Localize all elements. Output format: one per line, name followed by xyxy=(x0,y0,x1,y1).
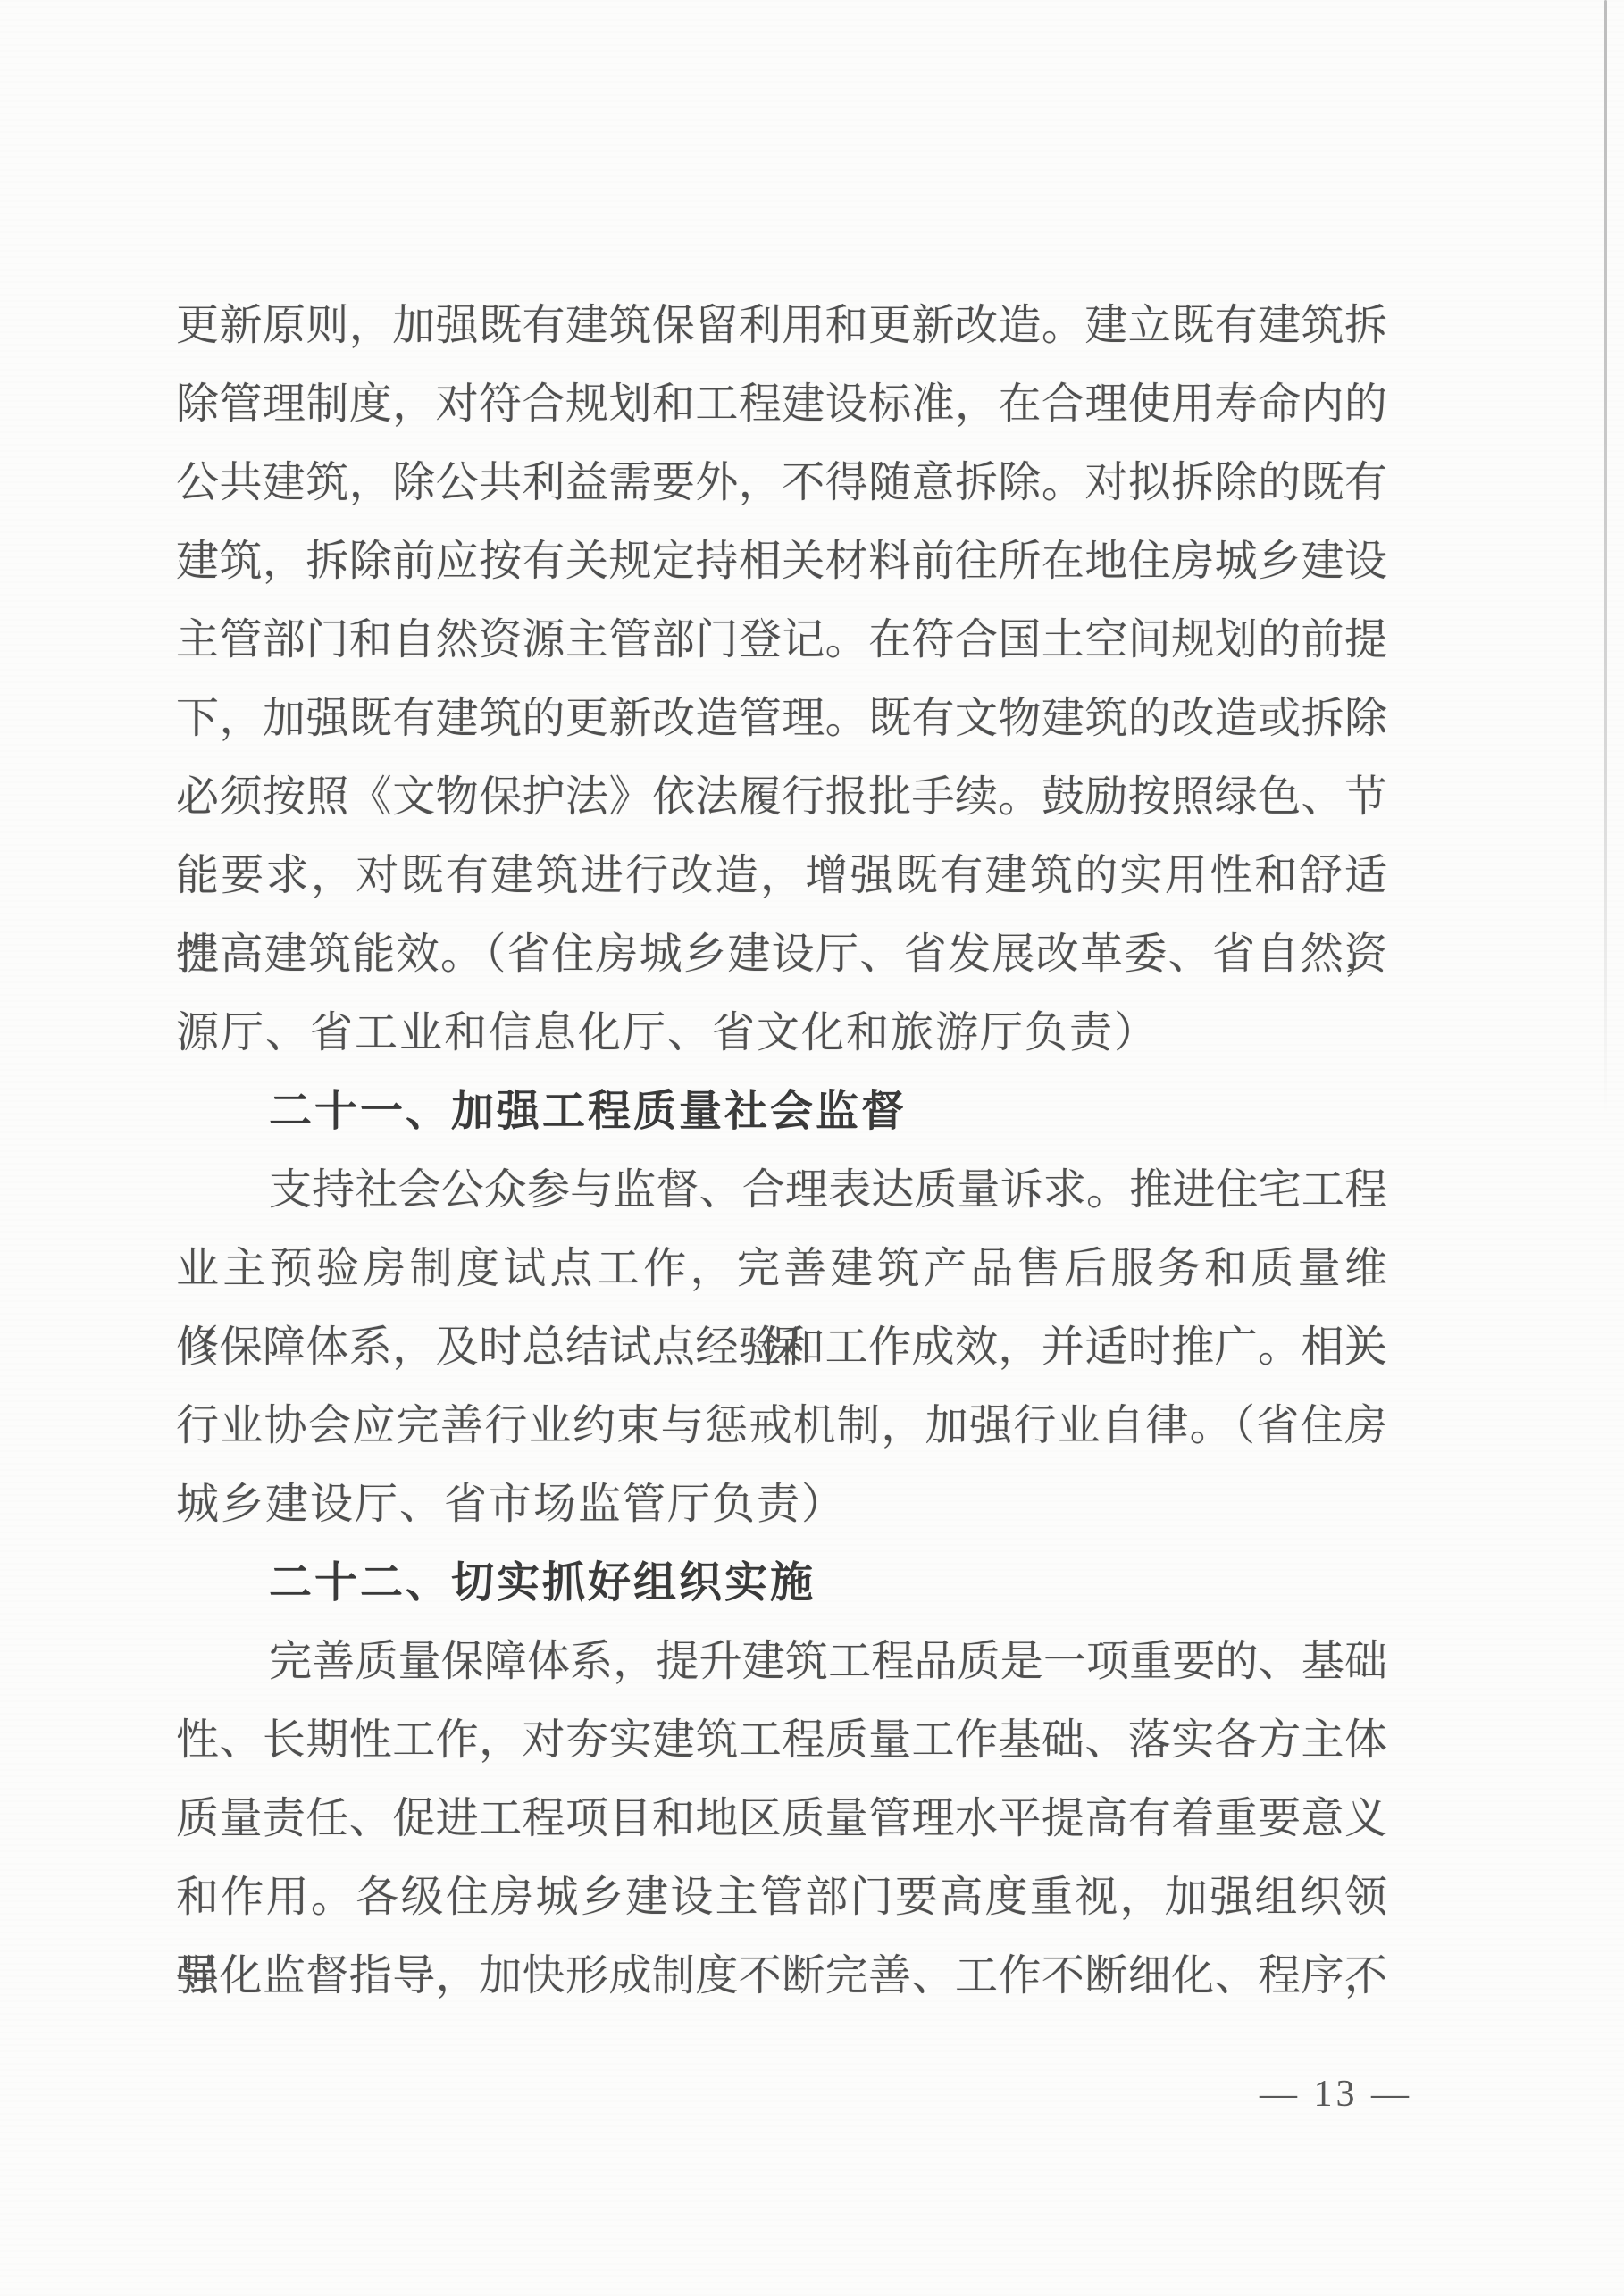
body-line: 城乡建设厅、省市场监管厅负责） xyxy=(176,1465,1387,1544)
body-line: 质量责任、促进工程项目和地区质量管理水平提高有着重要意义 xyxy=(176,1780,1387,1858)
page-number: — 13 — xyxy=(1244,2072,1427,2116)
section-heading: 二十一、加强工程质量社会监督 xyxy=(176,1073,1387,1151)
body-line: 业主预验房制度试点工作，完善建筑产品售后服务和质量维（保） xyxy=(176,1230,1387,1308)
body-line: 建筑，拆除前应按有关规定持相关材料前往所在地住房城乡建设 xyxy=(176,522,1387,601)
body-line: 能要求，对既有建筑进行改造，增强既有建筑的实用性和舒适性， xyxy=(176,837,1387,915)
body-line: 提高建筑能效。（省住房城乡建设厅、省发展改革委、省自然资 xyxy=(176,915,1387,994)
body-line: 修保障体系，及时总结试点经验和工作成效，并适时推广。相关 xyxy=(176,1308,1387,1387)
body-line: 必须按照《文物保护法》依法履行报批手续。鼓励按照绿色、节 xyxy=(176,758,1387,837)
scan-edge-line xyxy=(1604,0,1607,1116)
body-line: 更新原则，加强既有建筑保留利用和更新改造。建立既有建筑拆 xyxy=(176,287,1387,365)
body-line: 性、长期性工作，对夯实建筑工程质量工作基础、落实各方主体 xyxy=(176,1701,1387,1780)
body-line: 和作用。各级住房城乡建设主管部门要高度重视，加强组织领导， xyxy=(176,1858,1387,1937)
section-heading: 二十二、切实抓好组织实施 xyxy=(176,1544,1387,1623)
body-line: 公共建筑，除公共利益需要外，不得随意拆除。对拟拆除的既有 xyxy=(176,444,1387,522)
body-line: 主管部门和自然资源主管部门登记。在符合国土空间规划的前提 xyxy=(176,601,1387,680)
body-line: 除管理制度，对符合规划和工程建设标准，在合理使用寿命内的 xyxy=(176,365,1387,444)
body-line: 强化监督指导，加快形成制度不断完善、工作不断细化、程序不 xyxy=(176,1937,1387,2016)
body-line: 支持社会公众参与监督、合理表达质量诉求。推进住宅工程 xyxy=(176,1151,1387,1230)
body-line: 下，加强既有建筑的更新改造管理。既有文物建筑的改造或拆除 xyxy=(176,680,1387,758)
text-block: 更新原则，加强既有建筑保留利用和更新改造。建立既有建筑拆 除管理制度，对符合规划… xyxy=(176,287,1387,2016)
body-line: 完善质量保障体系，提升建筑工程品质是一项重要的、基础 xyxy=(176,1623,1387,1701)
body-line: 源厅、省工业和信息化厅、省文化和旅游厅负责） xyxy=(176,994,1387,1073)
document-page: 更新原则，加强既有建筑保留利用和更新改造。建立既有建筑拆 除管理制度，对符合规划… xyxy=(0,0,1624,2296)
body-line: 行业协会应完善行业约束与惩戒机制，加强行业自律。（省住房 xyxy=(176,1387,1387,1465)
